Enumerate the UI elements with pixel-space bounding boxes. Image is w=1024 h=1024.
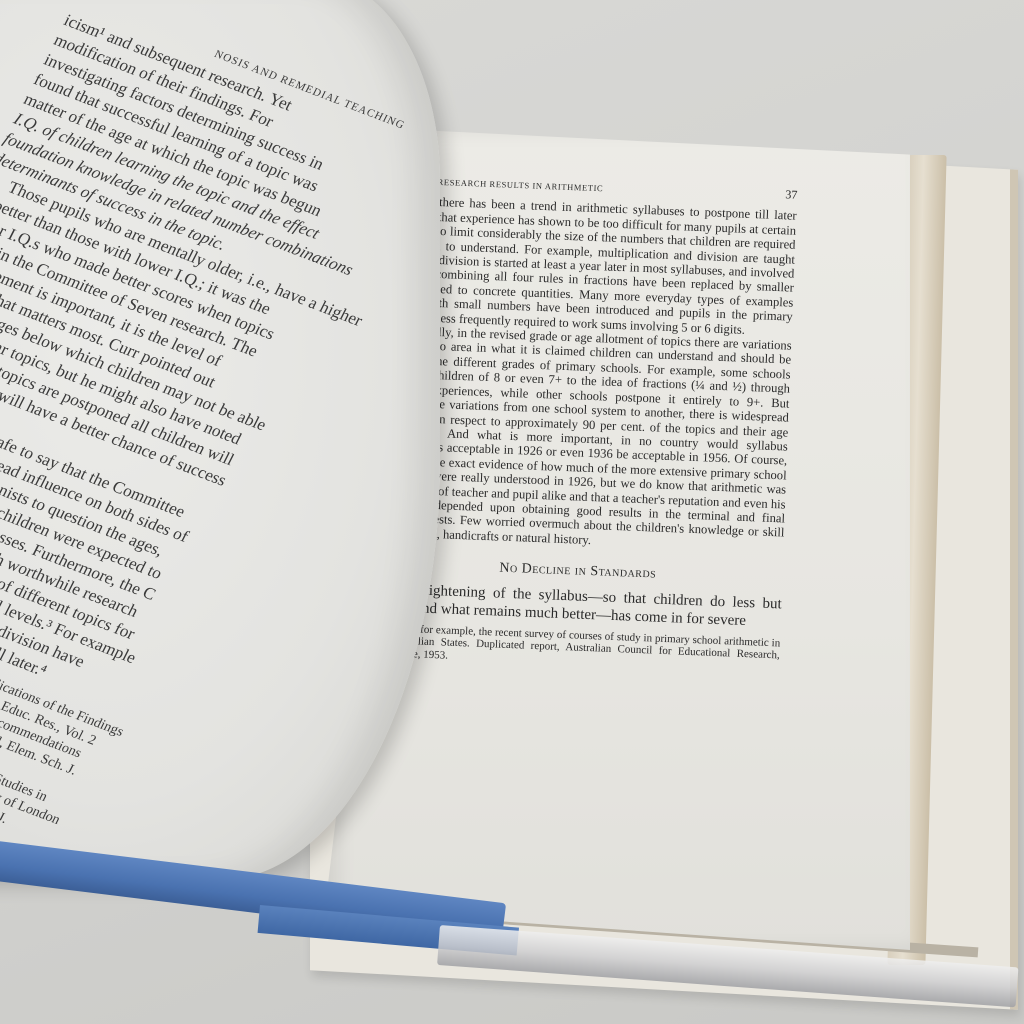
photo-scene: RESEARCH RESULTS IN ARITHMETIC 37 Thus t… <box>0 0 1024 1024</box>
paragraph: Thus there has been a trend in arithmeti… <box>382 193 797 338</box>
page-number: 37 <box>785 187 798 202</box>
